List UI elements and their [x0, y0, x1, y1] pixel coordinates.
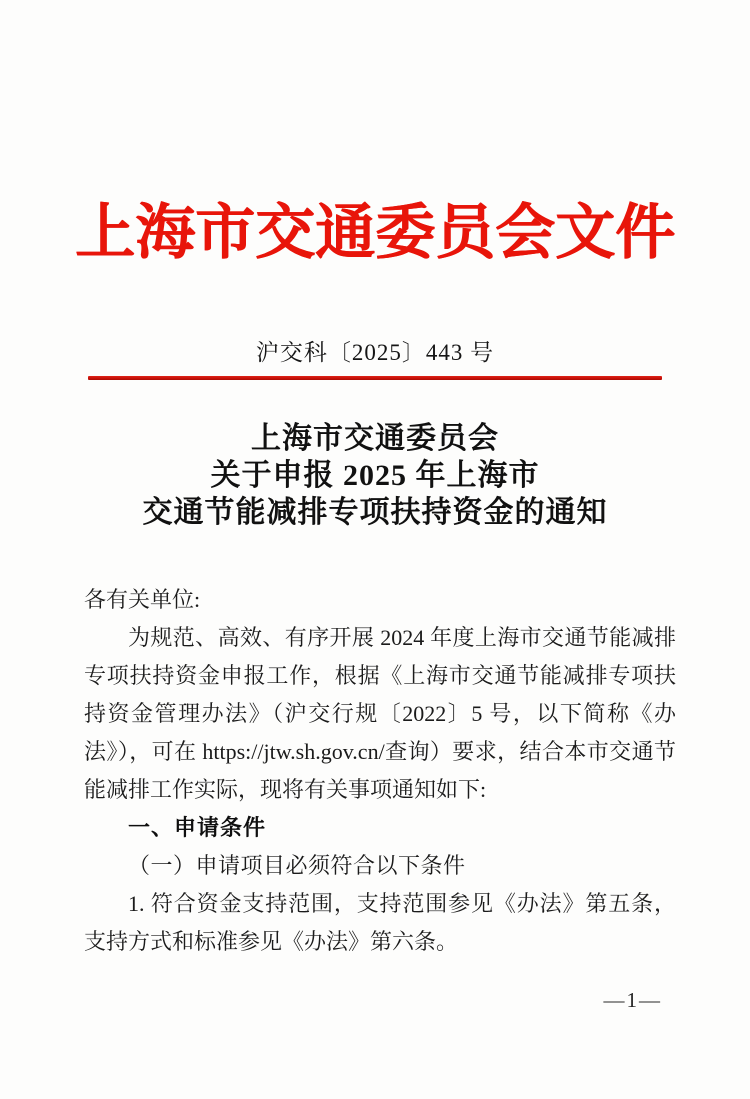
document-title-line-1: 上海市交通委员会	[0, 420, 750, 457]
document-body: 各有关单位: 为规范、高效、有序开展 2024 年度上海市交通节能减排专项扶持资…	[84, 581, 676, 961]
section-1-heading: 一、申请条件	[84, 809, 676, 847]
document-title-line-3: 交通节能减排专项扶持资金的通知	[0, 494, 750, 531]
section-1-subheading: （一）申请项目必须符合以下条件	[84, 847, 676, 885]
red-letterhead-title: 上海市交通委员会文件	[0, 202, 750, 264]
document-title: 上海市交通委员会 关于申报 2025 年上海市 交通节能减排专项扶持资金的通知	[0, 420, 750, 531]
salutation: 各有关单位:	[84, 581, 676, 619]
document-reference-number: 沪交科〔2025〕443 号	[0, 339, 750, 367]
document-page: 上海市交通委员会文件 沪交科〔2025〕443 号 上海市交通委员会 关于申报 …	[0, 0, 750, 1099]
section-1-item-1: 1. 符合资金支持范围，支持范围参见《办法》第五条，支持方式和标准参见《办法》第…	[84, 885, 676, 961]
red-separator-line	[88, 376, 662, 380]
intro-paragraph: 为规范、高效、有序开展 2024 年度上海市交通节能减排专项扶持资金申报工作，根…	[84, 619, 676, 809]
document-title-line-2: 关于申报 2025 年上海市	[0, 457, 750, 494]
page-number: —1—	[604, 988, 663, 1013]
